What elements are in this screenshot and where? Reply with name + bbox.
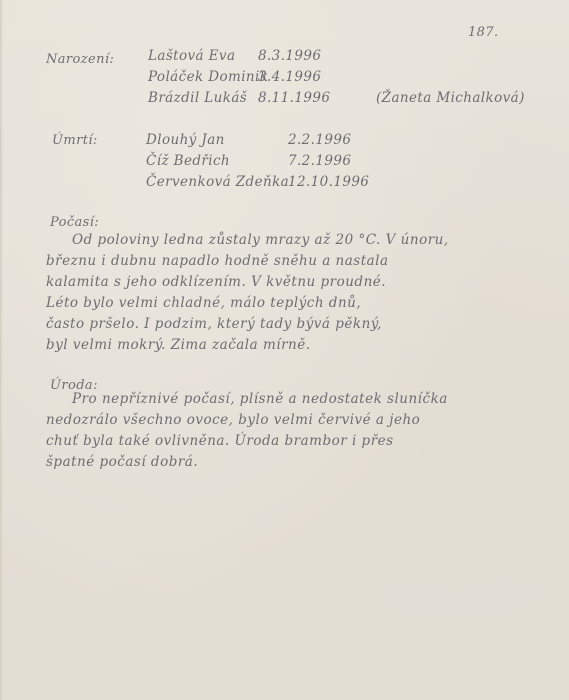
harvest-line: špatné počasí dobrá. — [46, 452, 516, 473]
weather-line: kalamita s jeho odklízením. V květnu pro… — [46, 272, 516, 293]
birth-date: 8.3.1996 — [258, 50, 321, 64]
harvest-line: chuť byla také ovlivněna. Úroda brambor … — [46, 431, 516, 452]
birth-date: 8.11.1996 — [258, 92, 330, 106]
harvest-line: Pro nepříznivé počasí, plísně a nedostat… — [46, 389, 516, 410]
harvest-line: nedozrálo všechno ovoce, bylo velmi červ… — [46, 410, 516, 431]
deaths-label: Úmrtí: — [52, 134, 98, 147]
death-date: 2.2.1996 — [288, 134, 351, 148]
page-edge — [0, 0, 3, 700]
weather-line: březnu i dubnu napadlo hodně sněhu a nas… — [46, 251, 516, 272]
births-label: Narození: — [46, 53, 114, 66]
weather-line: Od poloviny ledna zůstaly mrazy až 20 °C… — [46, 230, 516, 251]
weather-heading: Počasí: — [50, 216, 99, 229]
weather-line: často pršelo. I podzim, který tady bývá … — [46, 314, 516, 335]
death-date: 12.10.1996 — [288, 176, 369, 190]
page-number: 187. — [468, 26, 499, 39]
death-name: Číž Bedřich — [146, 155, 230, 169]
chronicle-page: 187. Narození: Laštová Eva 8.3.1996 Polá… — [0, 0, 569, 700]
birth-note: (Žaneta Michalková) — [376, 92, 525, 106]
weather-line: Léto bylo velmi chladné, málo teplých dn… — [46, 293, 516, 314]
birth-name: Laštová Eva — [148, 50, 235, 64]
weather-paragraph: Od poloviny ledna zůstaly mrazy až 20 °C… — [46, 230, 516, 356]
weather-line: byl velmi mokrý. Zima začala mírně. — [46, 335, 516, 356]
birth-name: Poláček Dominik — [148, 71, 268, 85]
death-date: 7.2.1996 — [288, 155, 351, 169]
birth-name: Brázdil Lukáš — [148, 92, 247, 106]
death-name: Červenková Zdeňka — [146, 176, 289, 190]
harvest-paragraph: Pro nepříznivé počasí, plísně a nedostat… — [46, 389, 516, 473]
birth-date: 3.4.1996 — [258, 71, 321, 85]
death-name: Dlouhý Jan — [146, 134, 225, 148]
